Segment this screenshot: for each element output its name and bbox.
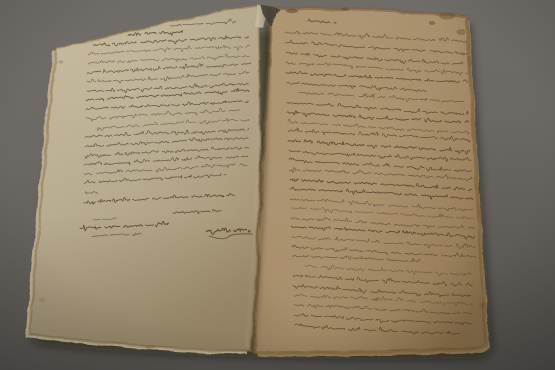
manuscript-scene	[0, 0, 555, 370]
photo-vignette	[0, 0, 555, 370]
photo-of-manuscript	[0, 0, 555, 370]
